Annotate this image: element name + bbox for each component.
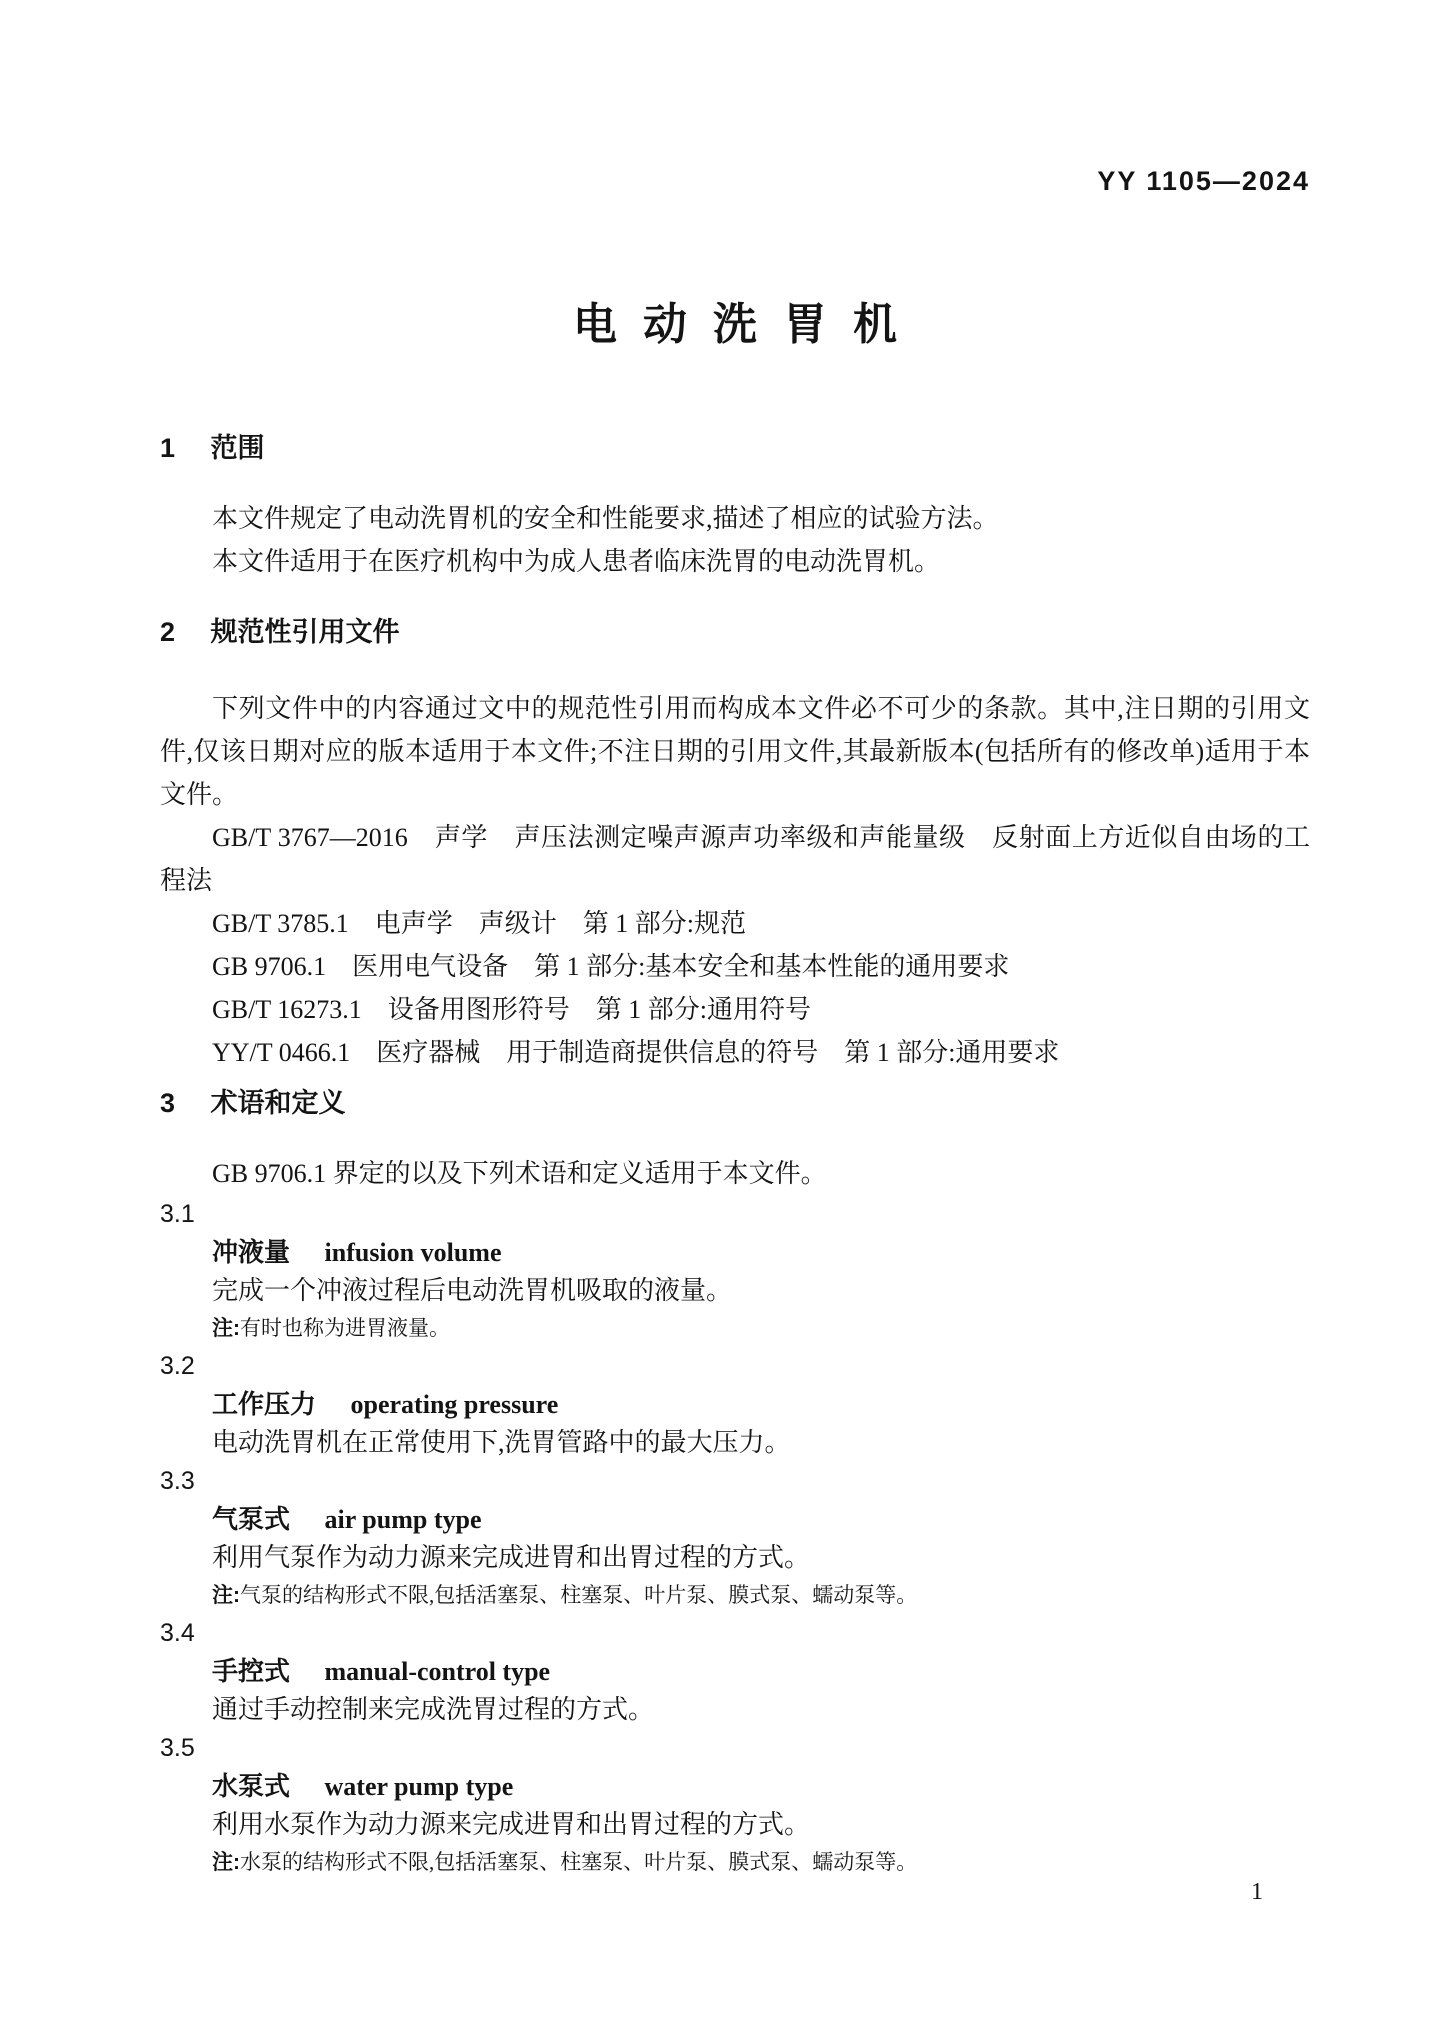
- note-label: 注:: [212, 1851, 240, 1874]
- term-number: 3.3: [160, 1462, 1310, 1500]
- term-en: water pump type: [325, 1772, 514, 1801]
- term-zh: 工作压力: [212, 1389, 316, 1419]
- term-en: air pump type: [325, 1505, 482, 1534]
- term-number: 3.2: [160, 1347, 1310, 1385]
- term-note: 注:气泵的结构形式不限,包括活塞泵、柱塞泵、叶片泵、膜式泵、蠕动泵等。: [160, 1577, 1310, 1614]
- term-number: 3.1: [160, 1195, 1310, 1233]
- terms-intro: GB 9706.1 界定的以及下列术语和定义适用于本文件。: [160, 1152, 1310, 1195]
- term-headword: 气泵式 air pump type: [160, 1500, 1310, 1539]
- section-2-heading: 2 规范性引用文件: [160, 617, 1310, 647]
- term-definition: 电动洗胃机在正常使用下,洗胃管路中的最大压力。: [160, 1424, 1310, 1462]
- term-zh: 气泵式: [212, 1504, 290, 1534]
- section-2-number: 2: [160, 617, 175, 647]
- term-note: 注:水泵的结构形式不限,包括活塞泵、柱塞泵、叶片泵、膜式泵、蠕动泵等。: [160, 1844, 1310, 1881]
- note-text: 气泵的结构形式不限,包括活塞泵、柱塞泵、叶片泵、膜式泵、蠕动泵等。: [240, 1583, 917, 1607]
- section-1-number: 1: [160, 433, 175, 463]
- section-1-heading: 1 范围: [160, 433, 1310, 463]
- document-title: 电动洗胃机: [160, 301, 1310, 349]
- term-definition: 通过手动控制来完成洗胃过程的方式。: [160, 1691, 1310, 1729]
- term-entry: 3.5 水泵式 water pump type 利用水泵作为动力源来完成进胃和出…: [160, 1729, 1310, 1881]
- term-definition: 利用水泵作为动力源来完成进胃和出胃过程的方式。: [160, 1806, 1310, 1844]
- references-intro: 下列文件中的内容通过文中的规范性引用而构成本文件必不可少的条款。其中,注日期的引…: [160, 687, 1310, 816]
- term-note: 注:有时也称为进胃液量。: [160, 1310, 1310, 1347]
- reference-item-4: GB/T 16273.1 设备用图形符号 第 1 部分:通用符号: [160, 988, 1310, 1031]
- document-page: YY 1105—2024 电动洗胃机 1 范围 本文件规定了电动洗胃机的安全和性…: [0, 0, 1445, 2044]
- term-entry: 3.1 冲液量 infusion volume 完成一个冲液过程后电动洗胃机吸取…: [160, 1195, 1310, 1347]
- term-en: manual-control type: [325, 1657, 551, 1686]
- terms-list: 3.1 冲液量 infusion volume 完成一个冲液过程后电动洗胃机吸取…: [160, 1195, 1310, 1881]
- term-en: infusion volume: [325, 1238, 502, 1267]
- scope-paragraph-2: 本文件适用于在医疗机构中为成人患者临床洗胃的电动洗胃机。: [160, 540, 1310, 583]
- term-headword: 冲液量 infusion volume: [160, 1233, 1310, 1272]
- term-entry: 3.2 工作压力 operating pressure 电动洗胃机在正常使用下,…: [160, 1347, 1310, 1462]
- doc-number: YY 1105—2024: [160, 0, 1310, 196]
- term-headword: 手控式 manual-control type: [160, 1652, 1310, 1691]
- term-definition: 完成一个冲液过程后电动洗胃机吸取的液量。: [160, 1272, 1310, 1310]
- reference-item-5: YY/T 0466.1 医疗器械 用于制造商提供信息的符号 第 1 部分:通用要…: [160, 1031, 1310, 1074]
- scope-paragraph-1: 本文件规定了电动洗胃机的安全和性能要求,描述了相应的试验方法。: [160, 497, 1310, 540]
- page-number: 1: [1251, 1878, 1263, 1906]
- term-entry: 3.4 手控式 manual-control type 通过手动控制来完成洗胃过…: [160, 1614, 1310, 1729]
- term-headword: 工作压力 operating pressure: [160, 1385, 1310, 1424]
- reference-item-2: GB/T 3785.1 电声学 声级计 第 1 部分:规范: [160, 902, 1310, 945]
- reference-item-3: GB 9706.1 医用电气设备 第 1 部分:基本安全和基本性能的通用要求: [160, 945, 1310, 988]
- section-1-label: 范围: [211, 433, 265, 463]
- note-label: 注:: [212, 1584, 240, 1607]
- section-3-number: 3: [160, 1088, 175, 1118]
- note-text: 水泵的结构形式不限,包括活塞泵、柱塞泵、叶片泵、膜式泵、蠕动泵等。: [240, 1850, 917, 1874]
- term-zh: 冲液量: [212, 1237, 290, 1267]
- term-zh: 手控式: [212, 1656, 290, 1686]
- term-headword: 水泵式 water pump type: [160, 1767, 1310, 1806]
- term-definition: 利用气泵作为动力源来完成进胃和出胃过程的方式。: [160, 1539, 1310, 1577]
- note-label: 注:: [212, 1317, 240, 1340]
- term-en: operating pressure: [351, 1390, 559, 1419]
- term-number: 3.4: [160, 1614, 1310, 1652]
- section-3-label: 术语和定义: [211, 1088, 346, 1118]
- term-entry: 3.3 气泵式 air pump type 利用气泵作为动力源来完成进胃和出胃过…: [160, 1462, 1310, 1614]
- section-3-heading: 3 术语和定义: [160, 1088, 1310, 1118]
- reference-item-1: GB/T 3767—2016 声学 声压法测定噪声源声功率级和声能量级 反射面上…: [160, 816, 1310, 902]
- section-2-label: 规范性引用文件: [211, 617, 400, 647]
- term-number: 3.5: [160, 1729, 1310, 1767]
- term-zh: 水泵式: [212, 1771, 290, 1801]
- note-text: 有时也称为进胃液量。: [240, 1316, 450, 1340]
